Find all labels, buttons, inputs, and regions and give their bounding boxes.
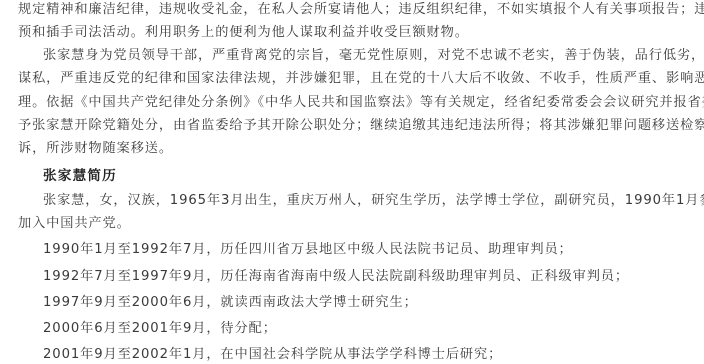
text-line: 规定精神和廉洁纪律，违规收受礼金，在私人会所宴请他人；违反组织纪律，不如实填报个… xyxy=(18,1,704,19)
text-line: 预和插手司法活动。利用职务上的便利为他人谋取利益并收受巨额财物。 xyxy=(18,24,469,42)
text-line: 理。依据《中国共产党纪律处分条例》《中华人民共和国监察法》等有关规定，经省纪委常… xyxy=(18,94,704,112)
resume-entry: 2001年9月至2002年1月，在中国社会科学院从事法学学科博士后研究； xyxy=(43,346,502,364)
text-line: 张家慧身为党员领导干部，严重背离党的宗旨，毫无党性原则，对党不忠诚不老实，善于伪… xyxy=(43,47,704,65)
resume-heading: 张家慧简历 xyxy=(43,167,117,185)
resume-entry: 1990年1月至1992年7月，历任四川省万县地区中级人民法院书记员、助理审判员… xyxy=(43,241,573,259)
text-line: 诉，所涉财物随案移送。 xyxy=(18,140,173,158)
resume-entry: 1997年9月至2000年6月，就读西南政法大学博士研究生； xyxy=(43,294,418,312)
text-line: 谋私，严重违反党的纪律和国家法律法规，并涉嫌犯罪，且在党的十八大后不收敛、不收手… xyxy=(18,70,704,88)
resume-entry: 2000年6月至2001年9月，待分配； xyxy=(43,320,277,338)
bio-line: 加入中国共产党。 xyxy=(18,215,131,233)
resume-entry: 1992年7月至1997年9月，历任海南省海南中级人民法院副科级助理审判员、正科… xyxy=(43,268,629,286)
text-line: 予张家慧开除党籍处分，由省监委给予其开除公职处分；继续追缴其违纪违法所得；将其涉… xyxy=(18,117,704,135)
bio-line: 张家慧，女，汉族，1965年3月出生，重庆万州人，研究生学历，法学博士学位，副研… xyxy=(43,192,704,210)
